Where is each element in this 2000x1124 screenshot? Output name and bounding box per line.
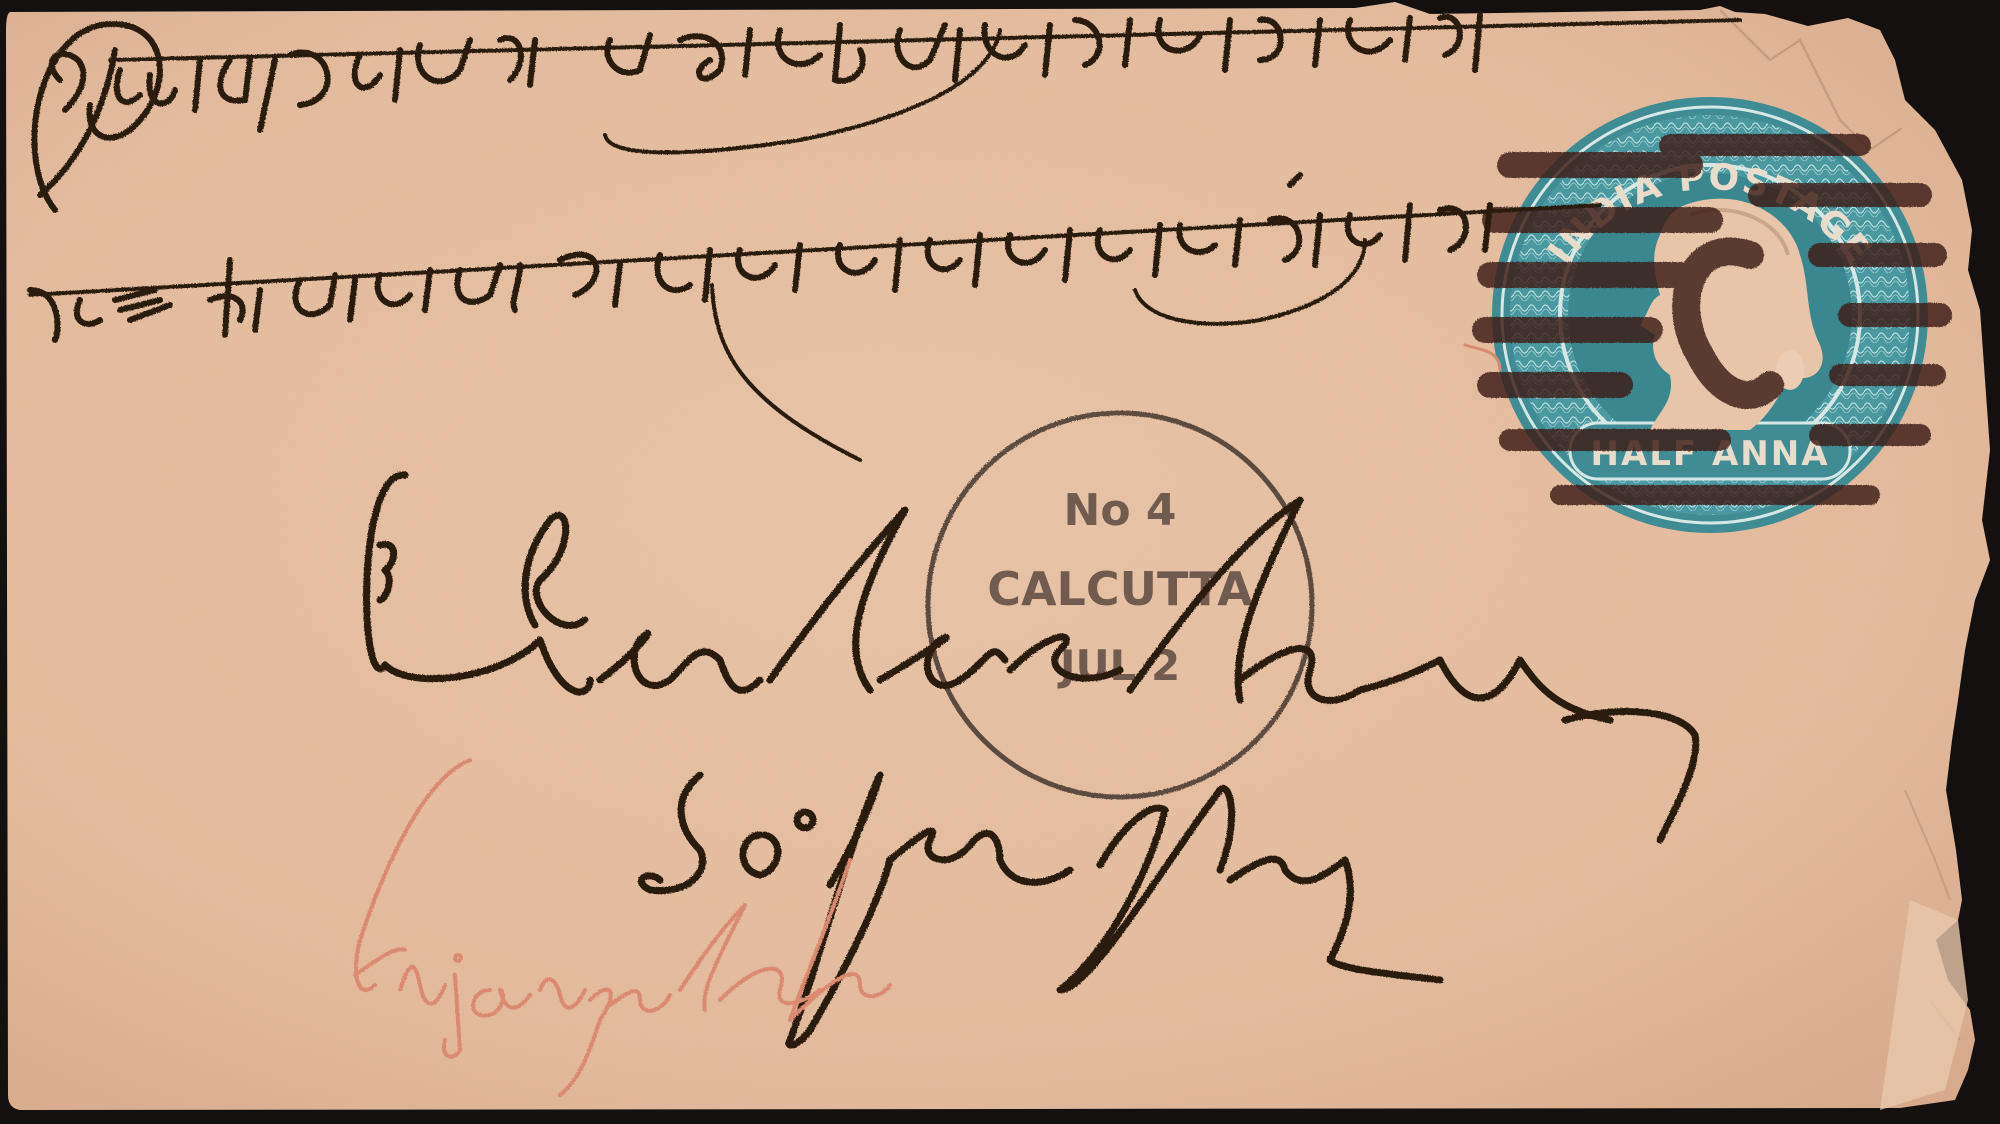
envelope-illustration: INDIA POSTAGE HALF ANNA bbox=[0, 0, 2000, 1124]
postmark-number: No 4 bbox=[1064, 485, 1177, 536]
postmark-city: CALCUTTA bbox=[987, 562, 1253, 616]
